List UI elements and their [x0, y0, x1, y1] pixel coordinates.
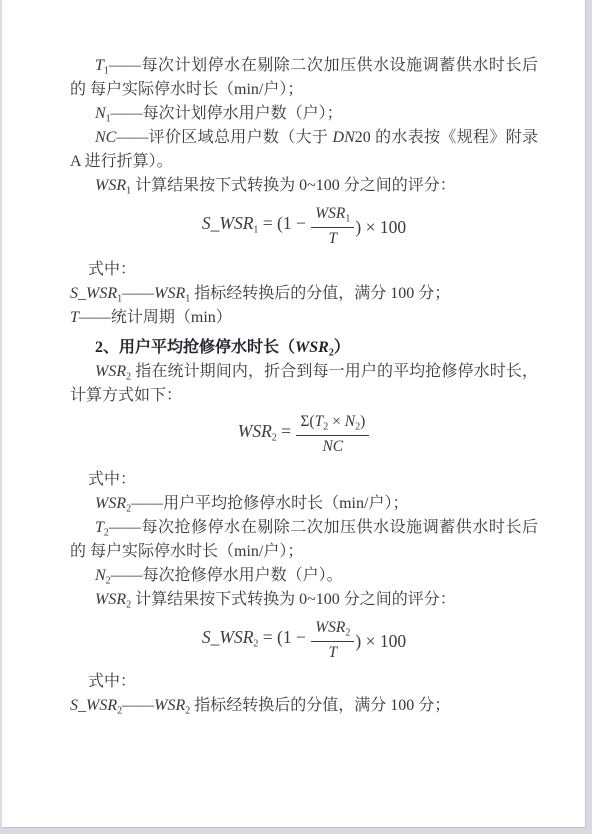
- line-nc-definition: NC——评价区域总用户数（大于 DN20 的水表按《规程》附录: [70, 126, 538, 150]
- formula-rhs: ) × 100: [355, 215, 406, 239]
- line-s-wsr1-definition: S_WSR1——WSR1 指标经转换后的分值，满分 100 分；: [70, 282, 538, 306]
- line-nc-definition-cont: A 进行折算）。: [70, 150, 538, 174]
- formula-s-wsr1: S_WSR1 = (1 − WSR1 T ) × 100: [70, 204, 538, 250]
- fraction-denominator: T: [329, 642, 338, 662]
- line-wsr2-intro: WSR2 指在统计期间内，折合到每一用户的平均抢修停水时长，: [70, 360, 538, 384]
- line-n1-definition: N1——每次计划停水用户数（户）；: [70, 102, 538, 126]
- formula-s-wsr2: S_WSR2 = (1 − WSR2 T ) × 100: [70, 618, 538, 664]
- line-calc-method: 计算方式如下：: [70, 384, 538, 408]
- formula-lhs: WSR2 =: [238, 419, 296, 451]
- fraction-numerator: WSR1: [311, 204, 354, 228]
- fraction-denominator: NC: [322, 436, 343, 456]
- formula-lhs: S_WSR2 = (1 −: [202, 625, 310, 657]
- line-wsr1-conversion-intro: WSR1 计算结果按下式转换为 0~100 分之间的评分：: [70, 174, 538, 198]
- fraction-numerator: Σ(T2 × N2): [296, 412, 369, 436]
- line-t1-definition-cont: 的 每户实际停水时长（min/户）；: [70, 78, 538, 102]
- fraction: WSR1 T: [311, 204, 354, 248]
- line-n2-definition: N2——每次抢修停水用户数（户）。: [70, 564, 538, 588]
- line-t2-definition-cont: 的 每户实际停水时长（min/户）；: [70, 540, 538, 564]
- formula-wsr2: WSR2 = Σ(T2 × N2) NC: [70, 412, 538, 458]
- heading-wsr2-section: 2、用户平均抢修停水时长（WSR2）: [70, 336, 538, 360]
- line-t2-definition: T2——每次抢修停水在剔除二次加压供水设施调蓄供水时长后: [70, 516, 538, 540]
- line-t1-definition: T1——每次计划停水在剔除二次加压供水设施调蓄供水时长后: [70, 54, 538, 78]
- line-s-wsr2-definition: S_WSR2——WSR2 指标经转换后的分值，满分 100 分；: [70, 694, 538, 718]
- label-formula-where-3: 式中：: [70, 670, 538, 694]
- line-wsr2-conversion-intro: WSR2 计算结果按下式转换为 0~100 分之间的评分：: [70, 588, 538, 612]
- line-wsr2-definition: WSR2——用户平均抢修停水时长（min/户）；: [70, 492, 538, 516]
- fraction: WSR2 T: [311, 618, 354, 662]
- fraction: Σ(T2 × N2) NC: [296, 412, 369, 456]
- fraction-numerator: WSR2: [311, 618, 354, 642]
- fraction-denominator: T: [329, 228, 338, 248]
- formula-rhs: ) × 100: [355, 629, 406, 653]
- page-content: T1——每次计划停水在剔除二次加压供水设施调蓄供水时长后 的 每户实际停水时长（…: [70, 54, 538, 718]
- label-formula-where-1: 式中：: [70, 258, 538, 282]
- line-t-definition: T——统计周期（min）: [70, 306, 538, 330]
- label-formula-where-2: 式中：: [70, 468, 538, 492]
- screenshot-root: { "colors": { "text": "#37373d", "page_b…: [0, 0, 592, 834]
- document-page: T1——每次计划停水在剔除二次加压供水设施调蓄供水时长后 的 每户实际停水时长（…: [2, 0, 586, 828]
- formula-lhs: S_WSR1 = (1 −: [202, 211, 310, 243]
